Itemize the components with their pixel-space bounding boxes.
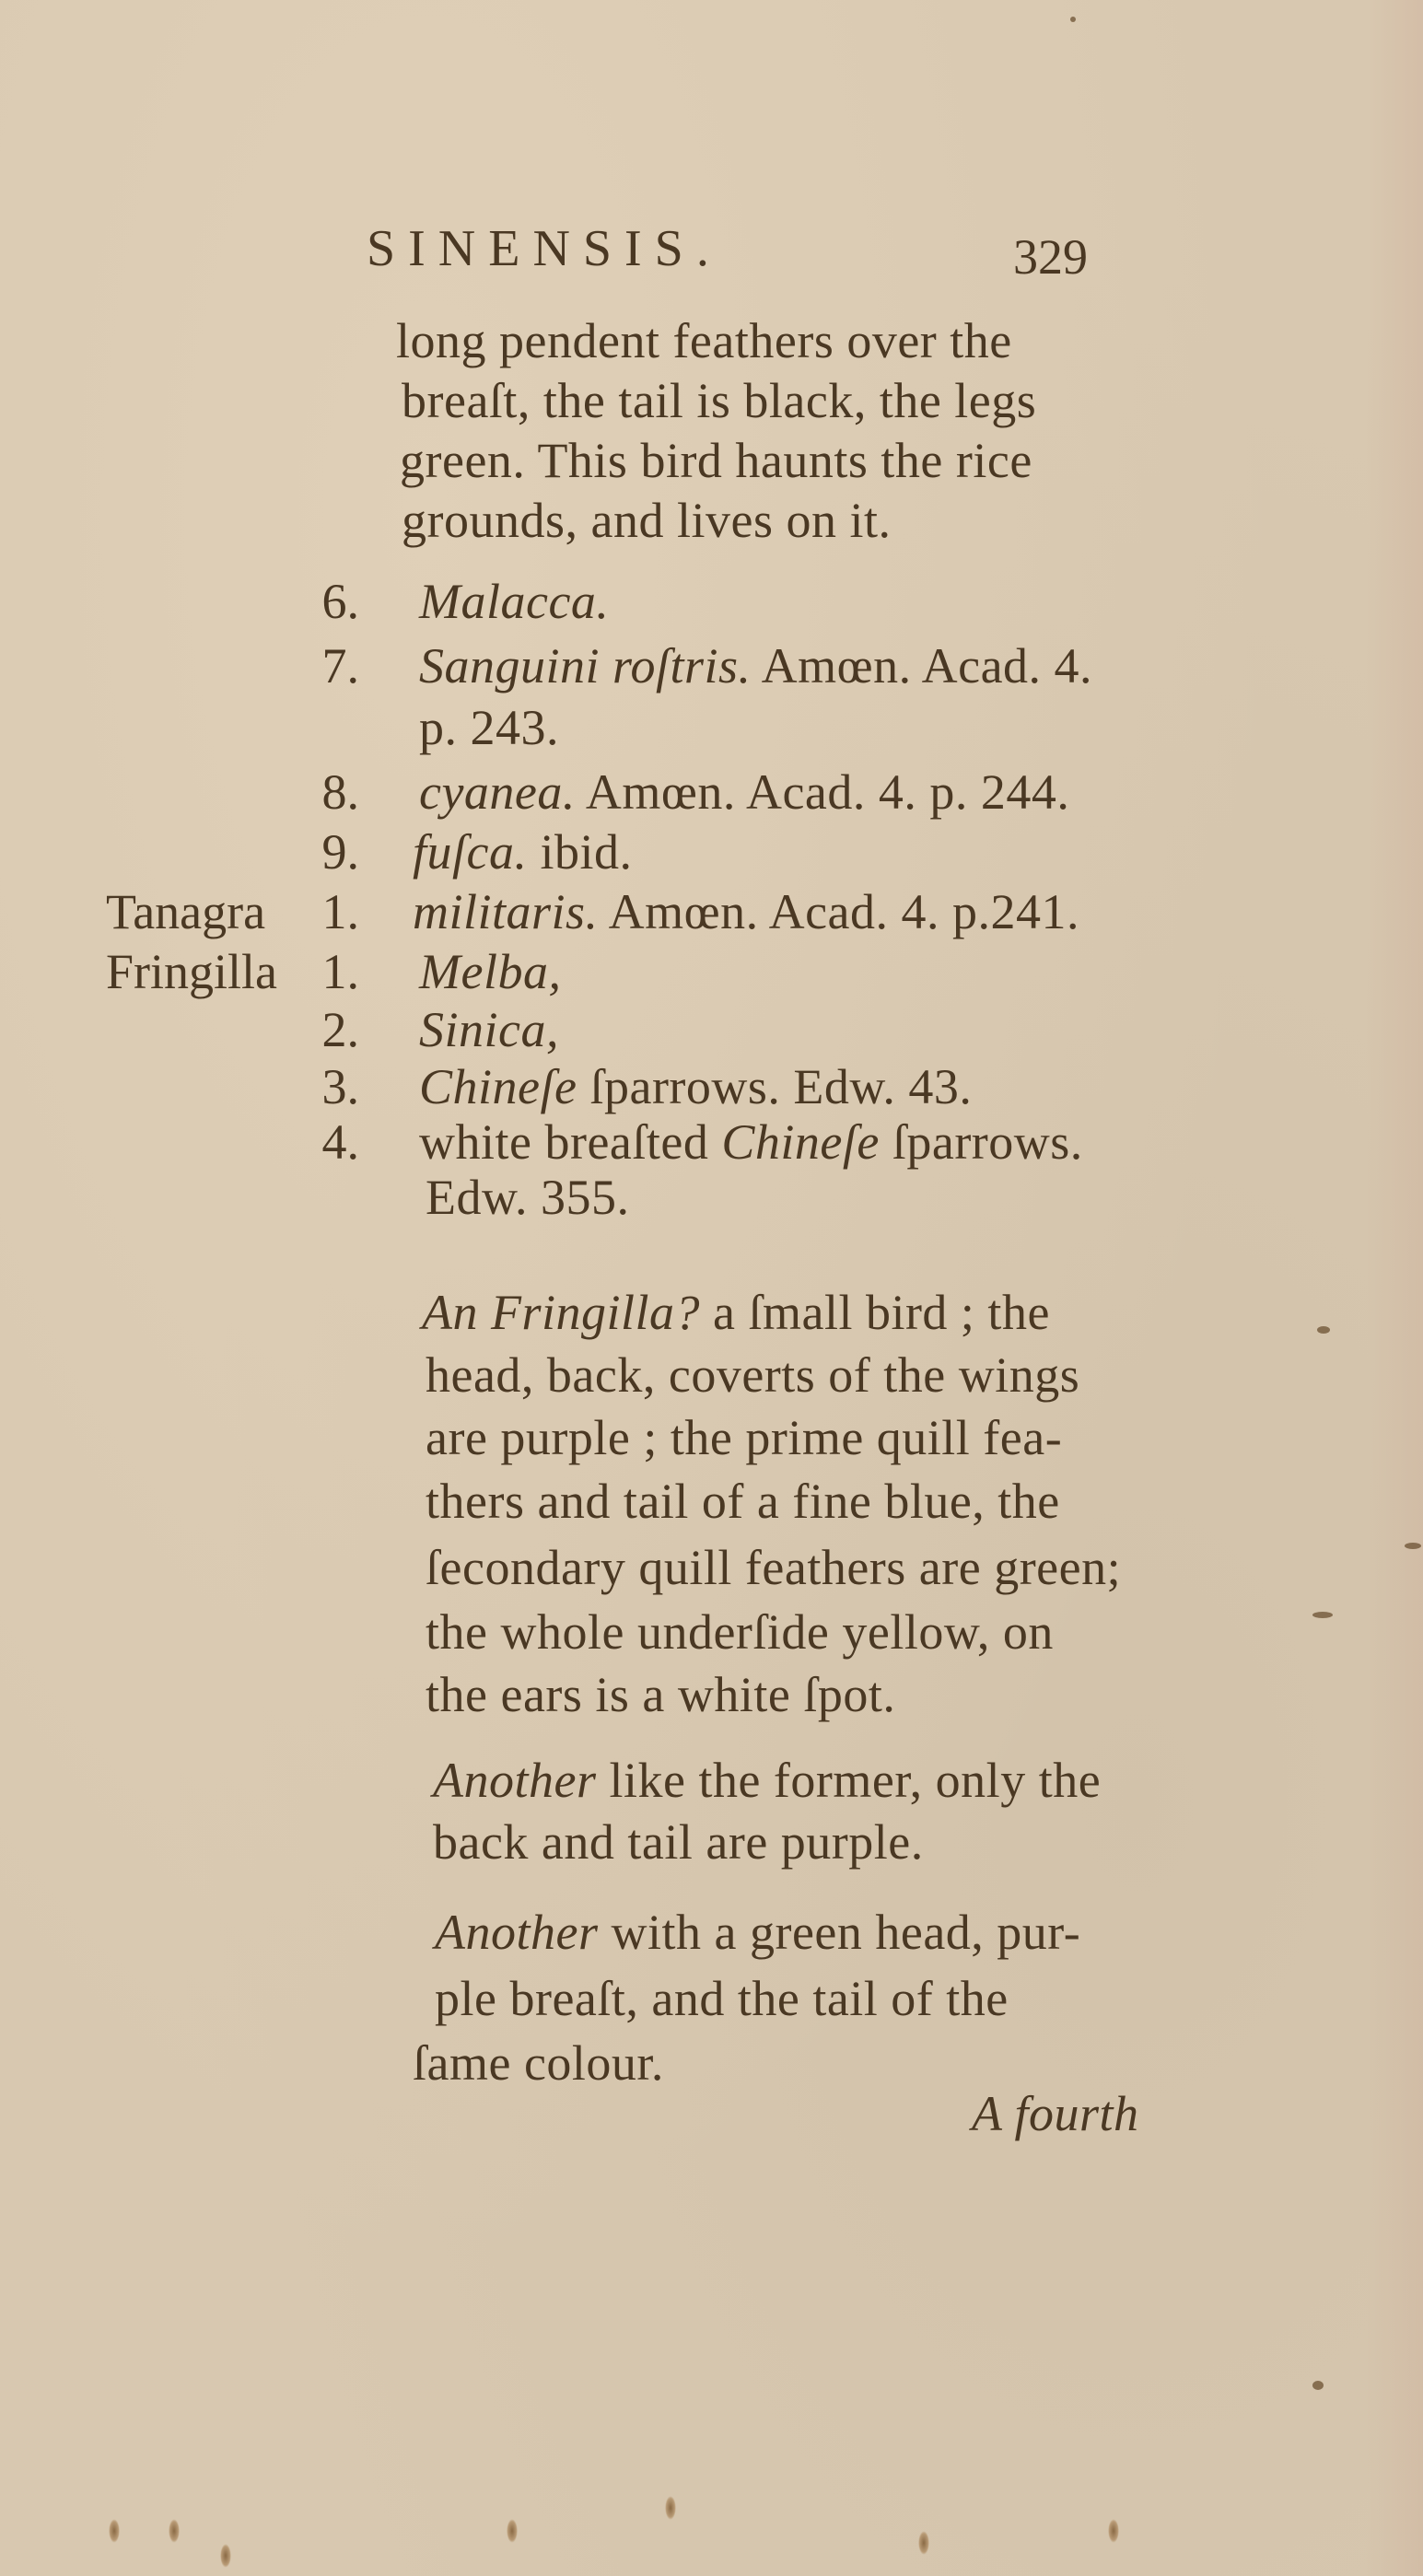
paper-hole [665, 2496, 676, 2520]
book-page: SINENSIS. 329 long pendent feathers over… [0, 0, 1423, 2576]
text-line: the ears is a white ſpot. [426, 1667, 895, 1722]
text-line: grounds, and lives on it. [402, 493, 891, 548]
text-line: An Fringilla? a ſmall bird ; the [422, 1285, 1050, 1340]
species-name: Chineſe [419, 1059, 577, 1114]
text-line: Another like the former, only the [433, 1753, 1101, 1808]
paper-hole [109, 2519, 120, 2543]
entry-line: white breaſted Chineſe ſparrows. [419, 1114, 1083, 1170]
entry-line: militaris. Amœn. Acad. 4. p.241. [413, 884, 1079, 939]
text-line: long pendent feathers over the [396, 313, 1012, 368]
entry-number: 1. [239, 884, 359, 939]
entry-number: 1. [239, 944, 359, 999]
paper-hole [220, 2544, 231, 2568]
reference: Edw. 355. [426, 1170, 629, 1225]
species-name: Malacca. [419, 574, 609, 629]
species-name: fuſca. [413, 824, 527, 880]
italic-lead: Another [433, 1753, 596, 1808]
species-name: militaris. [413, 884, 599, 939]
paper-speck [1312, 1612, 1333, 1618]
entry-number: 7. [239, 638, 359, 694]
entry-line: cyanea. Amœn. Acad. 4. p. 244. [419, 764, 1069, 820]
entry-number: 9. [239, 824, 359, 880]
entry-number: 3. [239, 1059, 359, 1114]
entry-line: Chineſe ſparrows. Edw. 43. [419, 1059, 972, 1114]
text-line: are purple ; the prime quill fea- [426, 1410, 1062, 1465]
paper-hole [918, 2531, 929, 2555]
reference: Amœn. Acad. 4. p.241. [599, 884, 1079, 939]
species-name: cyanea. [419, 764, 576, 820]
entry-number: 4. [239, 1114, 359, 1170]
species-name: Chineſe [721, 1114, 879, 1170]
text-line: ſecondary quill feathers are green; [426, 1540, 1121, 1595]
entry-number: 8. [239, 764, 359, 820]
reference: Amœn. Acad. 4. [752, 638, 1092, 694]
running-title: SINENSIS. [367, 219, 722, 278]
paper-hole [507, 2519, 518, 2543]
reference: Amœn. Acad. 4. p. 244. [576, 764, 1069, 820]
catchword: A fourth [972, 2086, 1139, 2141]
text-line: ple breaſt, and the tail of the [435, 1971, 1009, 2026]
description: white breaſted [419, 1114, 721, 1170]
text-span: like the former, only the [596, 1753, 1101, 1808]
italic-lead: Another [435, 1905, 598, 1960]
text-span: with a green head, pur- [598, 1905, 1080, 1960]
text-line: green. This bird haunts the rice [400, 433, 1032, 488]
text-line: Another with a green head, pur- [435, 1905, 1080, 1960]
paper-hole [169, 2519, 180, 2543]
text-line: ſame colour. [413, 2035, 664, 2091]
paper-hole [1108, 2519, 1119, 2543]
entry-line: Sanguini roſtris. Amœn. Acad. 4. [419, 638, 1092, 694]
page-number: 329 [1013, 228, 1088, 286]
paper-speck [1070, 17, 1076, 22]
paper-speck [1405, 1543, 1421, 1549]
italic-lead: An Fringilla? [422, 1285, 700, 1340]
text-line: back and tail are purple. [433, 1814, 924, 1870]
text-line: thers and tail of a fine blue, the [426, 1474, 1060, 1529]
entry-number: 2. [239, 1002, 359, 1057]
species-name: Sanguini roſtris. [419, 638, 752, 694]
paper-speck [1317, 1326, 1330, 1334]
text-line: head, back, coverts of the wings [426, 1347, 1079, 1403]
species-name: Melba, [419, 944, 561, 999]
species-name: Sinica, [419, 1002, 559, 1057]
reference: p. 243. [419, 700, 559, 755]
text-line: the whole underſide yellow, on [426, 1604, 1054, 1660]
paper-speck [1312, 2381, 1324, 2390]
reference: ſparrows. Edw. 43. [577, 1059, 972, 1114]
entry-line: fuſca. ibid. [413, 824, 633, 880]
description: ſparrows. [880, 1114, 1083, 1170]
reference: ibid. [527, 824, 632, 880]
text-span: a ſmall bird ; the [700, 1285, 1050, 1340]
text-line: breaſt, the tail is black, the legs [402, 373, 1036, 428]
entry-number: 6. [239, 574, 359, 629]
